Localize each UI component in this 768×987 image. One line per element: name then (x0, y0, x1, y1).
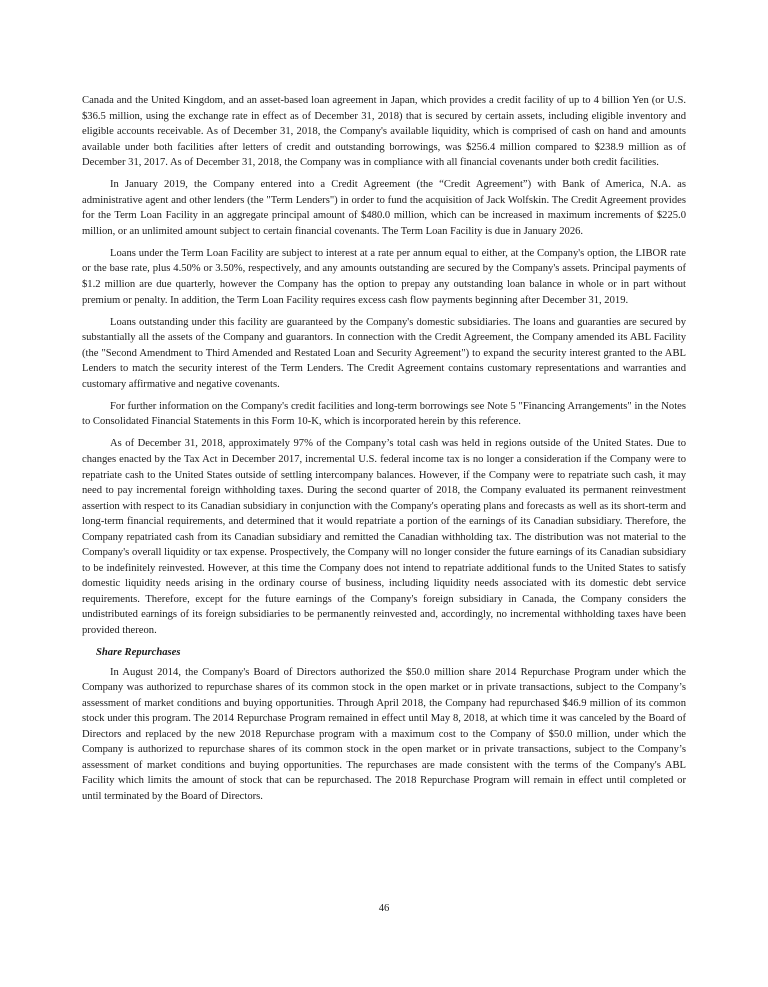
paragraph-credit-agreement: In January 2019, the Company entered int… (82, 177, 686, 239)
paragraph-cash-held-abroad: As of December 31, 2018, approximately 9… (82, 436, 686, 638)
paragraph-guarantees: Loans outstanding under this facility ar… (82, 315, 686, 393)
paragraph-liquidity-continued: Canada and the United Kingdom, and an as… (82, 93, 686, 171)
paragraph-term-loan-interest: Loans under the Term Loan Facility are s… (82, 246, 686, 308)
paragraph-further-information: For further information on the Company's… (82, 399, 686, 430)
paragraph-repurchase-program: In August 2014, the Company's Board of D… (82, 665, 686, 805)
document-page: Canada and the United Kingdom, and an as… (82, 93, 686, 811)
section-heading-share-repurchases: Share Repurchases (96, 645, 686, 661)
page-number: 46 (0, 903, 768, 914)
